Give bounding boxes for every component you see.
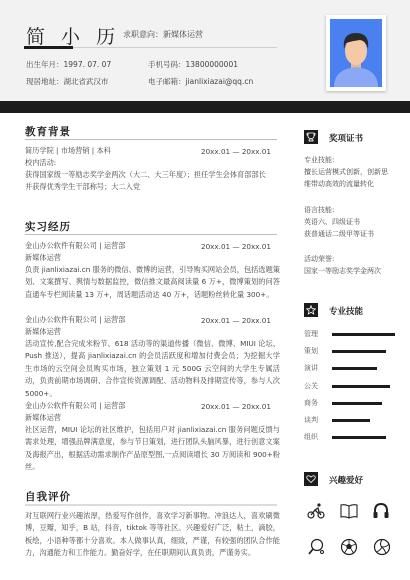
header-band <box>0 101 410 113</box>
experience-company: 金山办公软件有限公司 | 运营部 <box>25 314 125 326</box>
job-intent: 求职意向：新媒体运营 <box>123 29 203 40</box>
skill-bar-organization <box>332 436 386 439</box>
experience-description: 负责 jianlixiazai.cn 服务的微信、微博的运营，引导购买网站会员，… <box>25 264 280 301</box>
experience-description: 活动宣传,配合完成米粉节、618 活动等的渠道传播（微信、微博、MIUI 论坛、… <box>25 338 280 400</box>
experience-date: 20xx.01 — 20xx.01 <box>201 242 271 251</box>
section-title-hobbies: 兴趣爱好 <box>329 474 363 486</box>
football-icon <box>340 538 358 556</box>
section-title-experience: 实习经历 <box>25 219 71 234</box>
education-activities-line1: 获得国家级一等励志奖学金两次（大二、大三年度）；担任学生会体育部部长 <box>25 169 266 181</box>
section-title-skills: 专业技能 <box>329 305 363 317</box>
address: 现居地址：湖北省武汉市 <box>26 76 109 87</box>
section-divider <box>25 504 277 506</box>
skill-label: 管理 <box>304 329 318 339</box>
experience-role: 新媒体运营 <box>25 326 61 338</box>
avatar-photo <box>330 19 382 87</box>
volleyball-icon <box>373 538 391 556</box>
phone-number: 手机号码：13800000001 <box>148 59 238 70</box>
skill-bar-planning <box>332 350 386 353</box>
experience-role: 新媒体运营 <box>25 252 61 264</box>
header-divider-accent <box>24 46 73 49</box>
skill-bar-pr <box>332 385 390 388</box>
experience-company: 金山办公软件有限公司 | 运营部 <box>25 400 125 412</box>
candidate-name: 简 小 历 <box>26 22 120 49</box>
education-activities-label: 校内活动: <box>25 157 56 169</box>
skill-bar-management <box>332 333 395 336</box>
self-evaluation-text: 对互联网行业兴趣浓厚，热爱写作创作，喜欢学习新事物。冲浪达人，喜欢刷微博，豆瓣，… <box>25 510 280 560</box>
resume-header: 简 小 历 求职意向：新媒体运营 出生年月：1997. 07. 07 手机号码：… <box>0 0 410 101</box>
award-line: 国家一等励志奖学金两次 <box>304 266 381 276</box>
award-line: 擅长运营模式创新，创新思 <box>304 167 388 177</box>
trophy-icon <box>304 130 318 144</box>
experience-description: 社区运营，MIUI 论坛的社区维护，包括用户对 jianlixiazai.cn … <box>25 424 280 474</box>
section-title-education: 教育背景 <box>25 124 71 139</box>
award-line: 维带动高效的流量转化 <box>304 179 374 189</box>
cycling-icon <box>307 502 325 520</box>
education-date: 20xx.01 — 20xx.01 <box>201 147 271 156</box>
skill-label: 商务 <box>304 398 318 408</box>
skill-label: 谈判 <box>304 415 318 425</box>
education-school: 简历学院 | 市场营销 | 本科 <box>25 145 111 157</box>
skill-bar-business <box>332 402 382 405</box>
skill-label: 公关 <box>304 381 318 391</box>
section-divider <box>25 139 277 140</box>
award-line: 获普通话二级甲等证书 <box>304 229 374 239</box>
skill-label: 组织 <box>304 432 318 442</box>
section-divider <box>25 234 277 235</box>
table-tennis-icon <box>307 538 325 556</box>
award-line: 英语六、四级证书 <box>304 217 360 227</box>
birth-date: 出生年月：1997. 07. 07 <box>26 59 111 70</box>
experience-date: 20xx.01 — 20xx.01 <box>201 402 271 411</box>
experience-date: 20xx.01 — 20xx.01 <box>201 316 271 325</box>
headphones-icon <box>372 502 390 520</box>
avatar <box>326 15 386 91</box>
skill-bar-negotiation <box>332 419 370 422</box>
award-group-label: 语言技能: <box>304 205 334 215</box>
book-icon <box>340 502 358 520</box>
award-group-label: 活动荣誉: <box>304 254 334 264</box>
section-title-awards: 奖项证书 <box>329 132 363 144</box>
experience-role: 新媒体运营 <box>25 412 61 424</box>
heart-icon <box>304 472 318 486</box>
email: 电子邮箱：jianlixiazai@qq.cn <box>148 76 253 87</box>
section-title-self-evaluation: 自我评价 <box>25 489 71 504</box>
award-group-label: 专业技能: <box>304 155 334 165</box>
star-icon <box>304 303 318 317</box>
experience-company: 金山办公软件有限公司 | 运营部 <box>25 240 125 252</box>
skill-bar-speech <box>332 367 377 370</box>
person-avatar-icon <box>330 19 382 87</box>
skill-label: 演讲 <box>304 363 318 373</box>
education-activities-line2: 并获得优秀学生干部称号；大二入党 <box>25 181 140 193</box>
skill-label: 策划 <box>304 346 318 356</box>
